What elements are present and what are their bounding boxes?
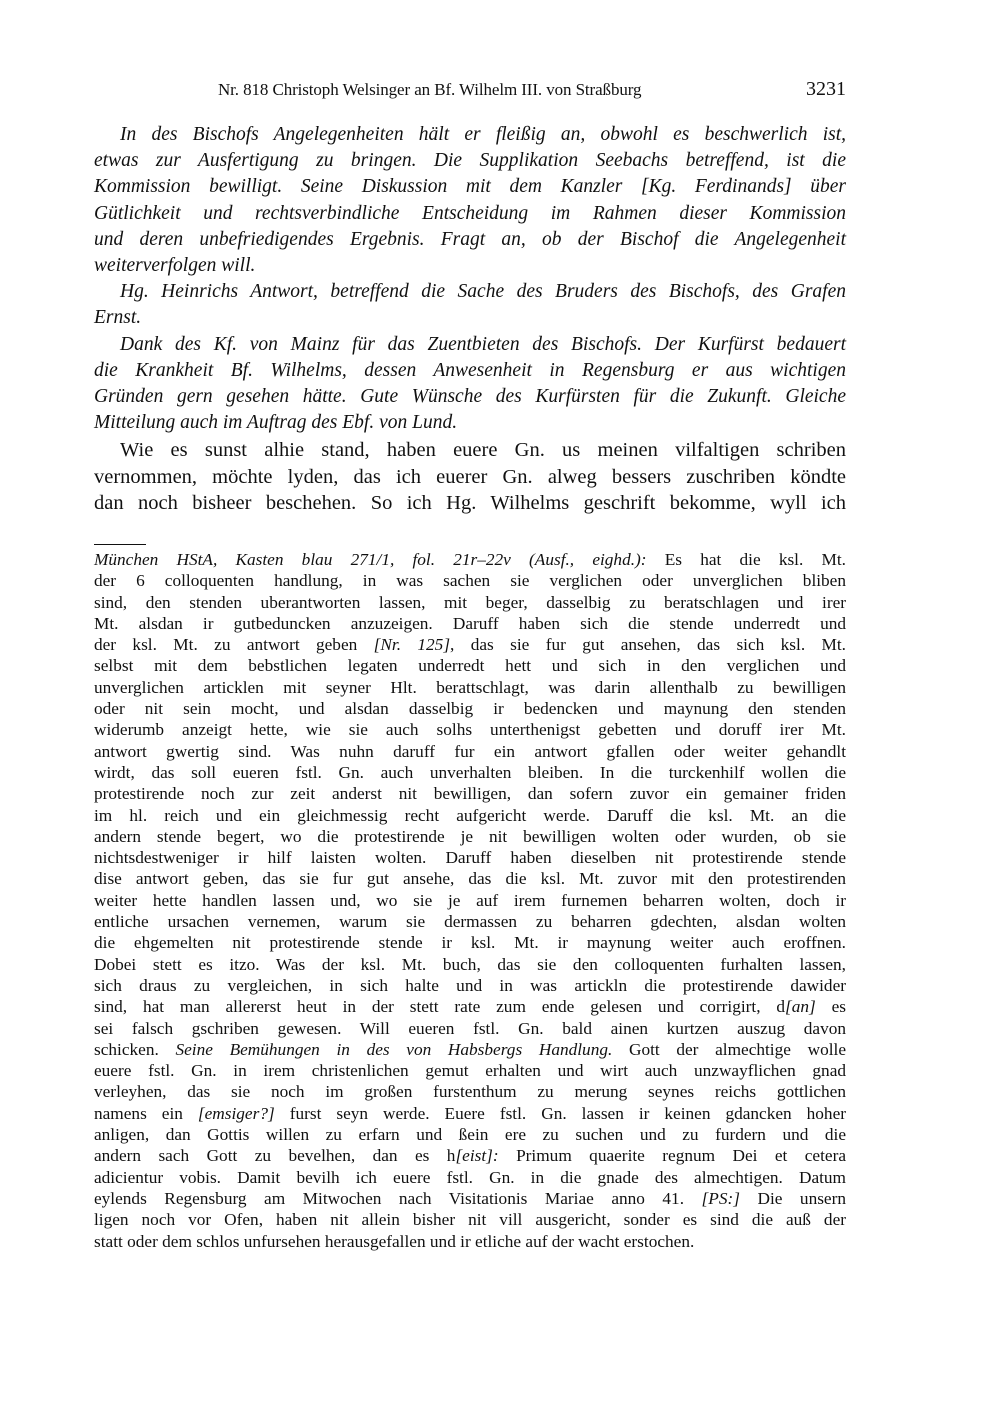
footnote-text: , das sie fur gut ansehen, das sich ksl.… [450,635,846,654]
summary-line: Gründen gern gesehen hätte. Gute Wünsche… [94,384,846,410]
footnote-line: euere fstl. Gn. in irem christenlichen g… [94,1060,846,1081]
footnote-line: ligen noch vor Ofen, haben nit allein bi… [94,1209,846,1230]
summary-line: Kommission bewilligt. Seine Diskussion m… [94,174,846,200]
footnote-line: dise antwort geben, das sie fur gut anse… [94,868,846,889]
footnote-line: statt oder dem schlos unfursehen herausg… [94,1231,846,1252]
footnote-line: Dobei stett es itzo. Was der ksl. Mt. bu… [94,954,846,975]
footnote-divider [94,544,146,545]
summary-line: Hg. Heinrichs Antwort, betreffend die Sa… [94,279,846,305]
summary-line: Dank des Kf. von Mainz für das Zuentbiet… [94,332,846,358]
document-summary: In des Bischofs Angelegenheiten hält er … [94,122,846,436]
letter-body: Wie es sunst alhie stand, haben euere Gn… [94,437,846,517]
summary-line: die Krankheit Bf. Wilhelms, dessen Anwes… [94,358,846,384]
footnote-line: weiter hette handlen lassen und, wo sie … [94,890,846,911]
footnote-line: widerumb anzeigt hette, wie sie auch sol… [94,719,846,740]
summary-line: Ernst. [94,305,846,331]
footnote-text: furst seyn werde. Euere fstl. Gn. lassen… [275,1104,846,1123]
footnote-text: der ksl. Mt. zu antwort geben [94,635,374,654]
footnote-text: Gott der almechtige wolle [612,1040,846,1059]
editorial-insertion: [emsiger?] [198,1104,275,1123]
editorial-insertion: [PS:] [702,1189,740,1208]
footnote-line: Mt. alsdan ir gutbeduncken anzuzeigen. D… [94,613,846,634]
editorial-insertion: [an] [785,997,816,1016]
summary-line: Gütlichkeit und rechtsverbindliche Entsc… [94,201,846,227]
cross-reference: [Nr. 125] [374,635,450,654]
summary-line: etwas zur Ausfertigung zu bringen. Die S… [94,148,846,174]
footnote-text: andern sach Gott zu bevelhen, dan es h [94,1146,455,1165]
page-number: 3231 [806,78,846,101]
running-header: Nr. 818 Christoph Welsinger an Bf. Wilhe… [94,80,846,108]
body-line: dan noch bisheer beschehen. So ich Hg. W… [94,490,846,517]
footnote-text: eylends Regensburg am Mitwochen nach Vis… [94,1189,702,1208]
footnote-line: sind, den stenden uberantworten lassen, … [94,592,846,613]
summary-line: In des Bischofs Angelegenheiten hält er … [94,122,846,148]
footnote-line: selbst mit dem bebstlichen legaten under… [94,655,846,676]
footnote-line: andern stende begert, wo die protestiren… [94,826,846,847]
footnote-line: entliche ursachen vernemen, warum sie de… [94,911,846,932]
summary-line: weiterverfolgen will. [94,253,846,279]
footnote-line: antwort gwertig sind. Was nuhn daruff fu… [94,741,846,762]
footnote-line: protestirende noch zur zeit anderst nit … [94,783,846,804]
footnote-text: sind, hat man allererst heut in der stet… [94,997,785,1016]
body-line: Wie es sunst alhie stand, haben euere Gn… [94,437,846,464]
footnote-line: sich draus zu vergleichen, in sich halte… [94,975,846,996]
footnote-line: verleyhen, das sie noch im großen furste… [94,1081,846,1102]
footnote: München HStA, Kasten blau 271/1, fol. 21… [94,549,846,1252]
footnote-line: nichtsdestweniger ir hilf laisten wolten… [94,847,846,868]
footnote-line: im hl. reich und ein gleichmessig recht … [94,805,846,826]
footnote-line: der 6 colloquenten handlung, in was sach… [94,570,846,591]
running-title: Nr. 818 Christoph Welsinger an Bf. Wilhe… [218,80,641,100]
footnote-text: namens ein [94,1104,198,1123]
summary-line: Mitteilung auch im Auftrag des Ebf. von … [94,410,846,436]
footnote-text: Die unsern [740,1189,846,1208]
editorial-summary: Seine Bemühungen in des von Habsbergs Ha… [175,1040,612,1059]
editorial-insertion: [eist]: [455,1146,498,1165]
footnote-text: es [816,997,846,1016]
summary-line: und deren unbefriedigendes Ergebnis. Fra… [94,227,846,253]
body-line: vernommen, möchte lyden, das ich euerer … [94,464,846,491]
footnote-text: Es hat die ksl. Mt. [647,550,846,569]
footnote-line: unverglichen articklen mit seyner Hlt. b… [94,677,846,698]
footnote-line: anligen, dan Gottis willen zu erfarn und… [94,1124,846,1145]
footnote-line: sei falsch gschriben gewesen. Will euere… [94,1018,846,1039]
footnote-text: Primum quaerite regnum Dei et cetera [499,1146,846,1165]
footnote-line: die ehgemelten nit protestirende stende … [94,932,846,953]
source-citation: München HStA, Kasten blau 271/1, fol. 21… [94,550,647,569]
footnote-line: wirdt, das soll eueren fstl. Gn. auch un… [94,762,846,783]
footnote-line: adicientur vobis. Damit bevilh ich euere… [94,1167,846,1188]
footnote-text: schicken. [94,1040,175,1059]
footnote-line: oder nit sein mocht, und alsdan dasselbi… [94,698,846,719]
